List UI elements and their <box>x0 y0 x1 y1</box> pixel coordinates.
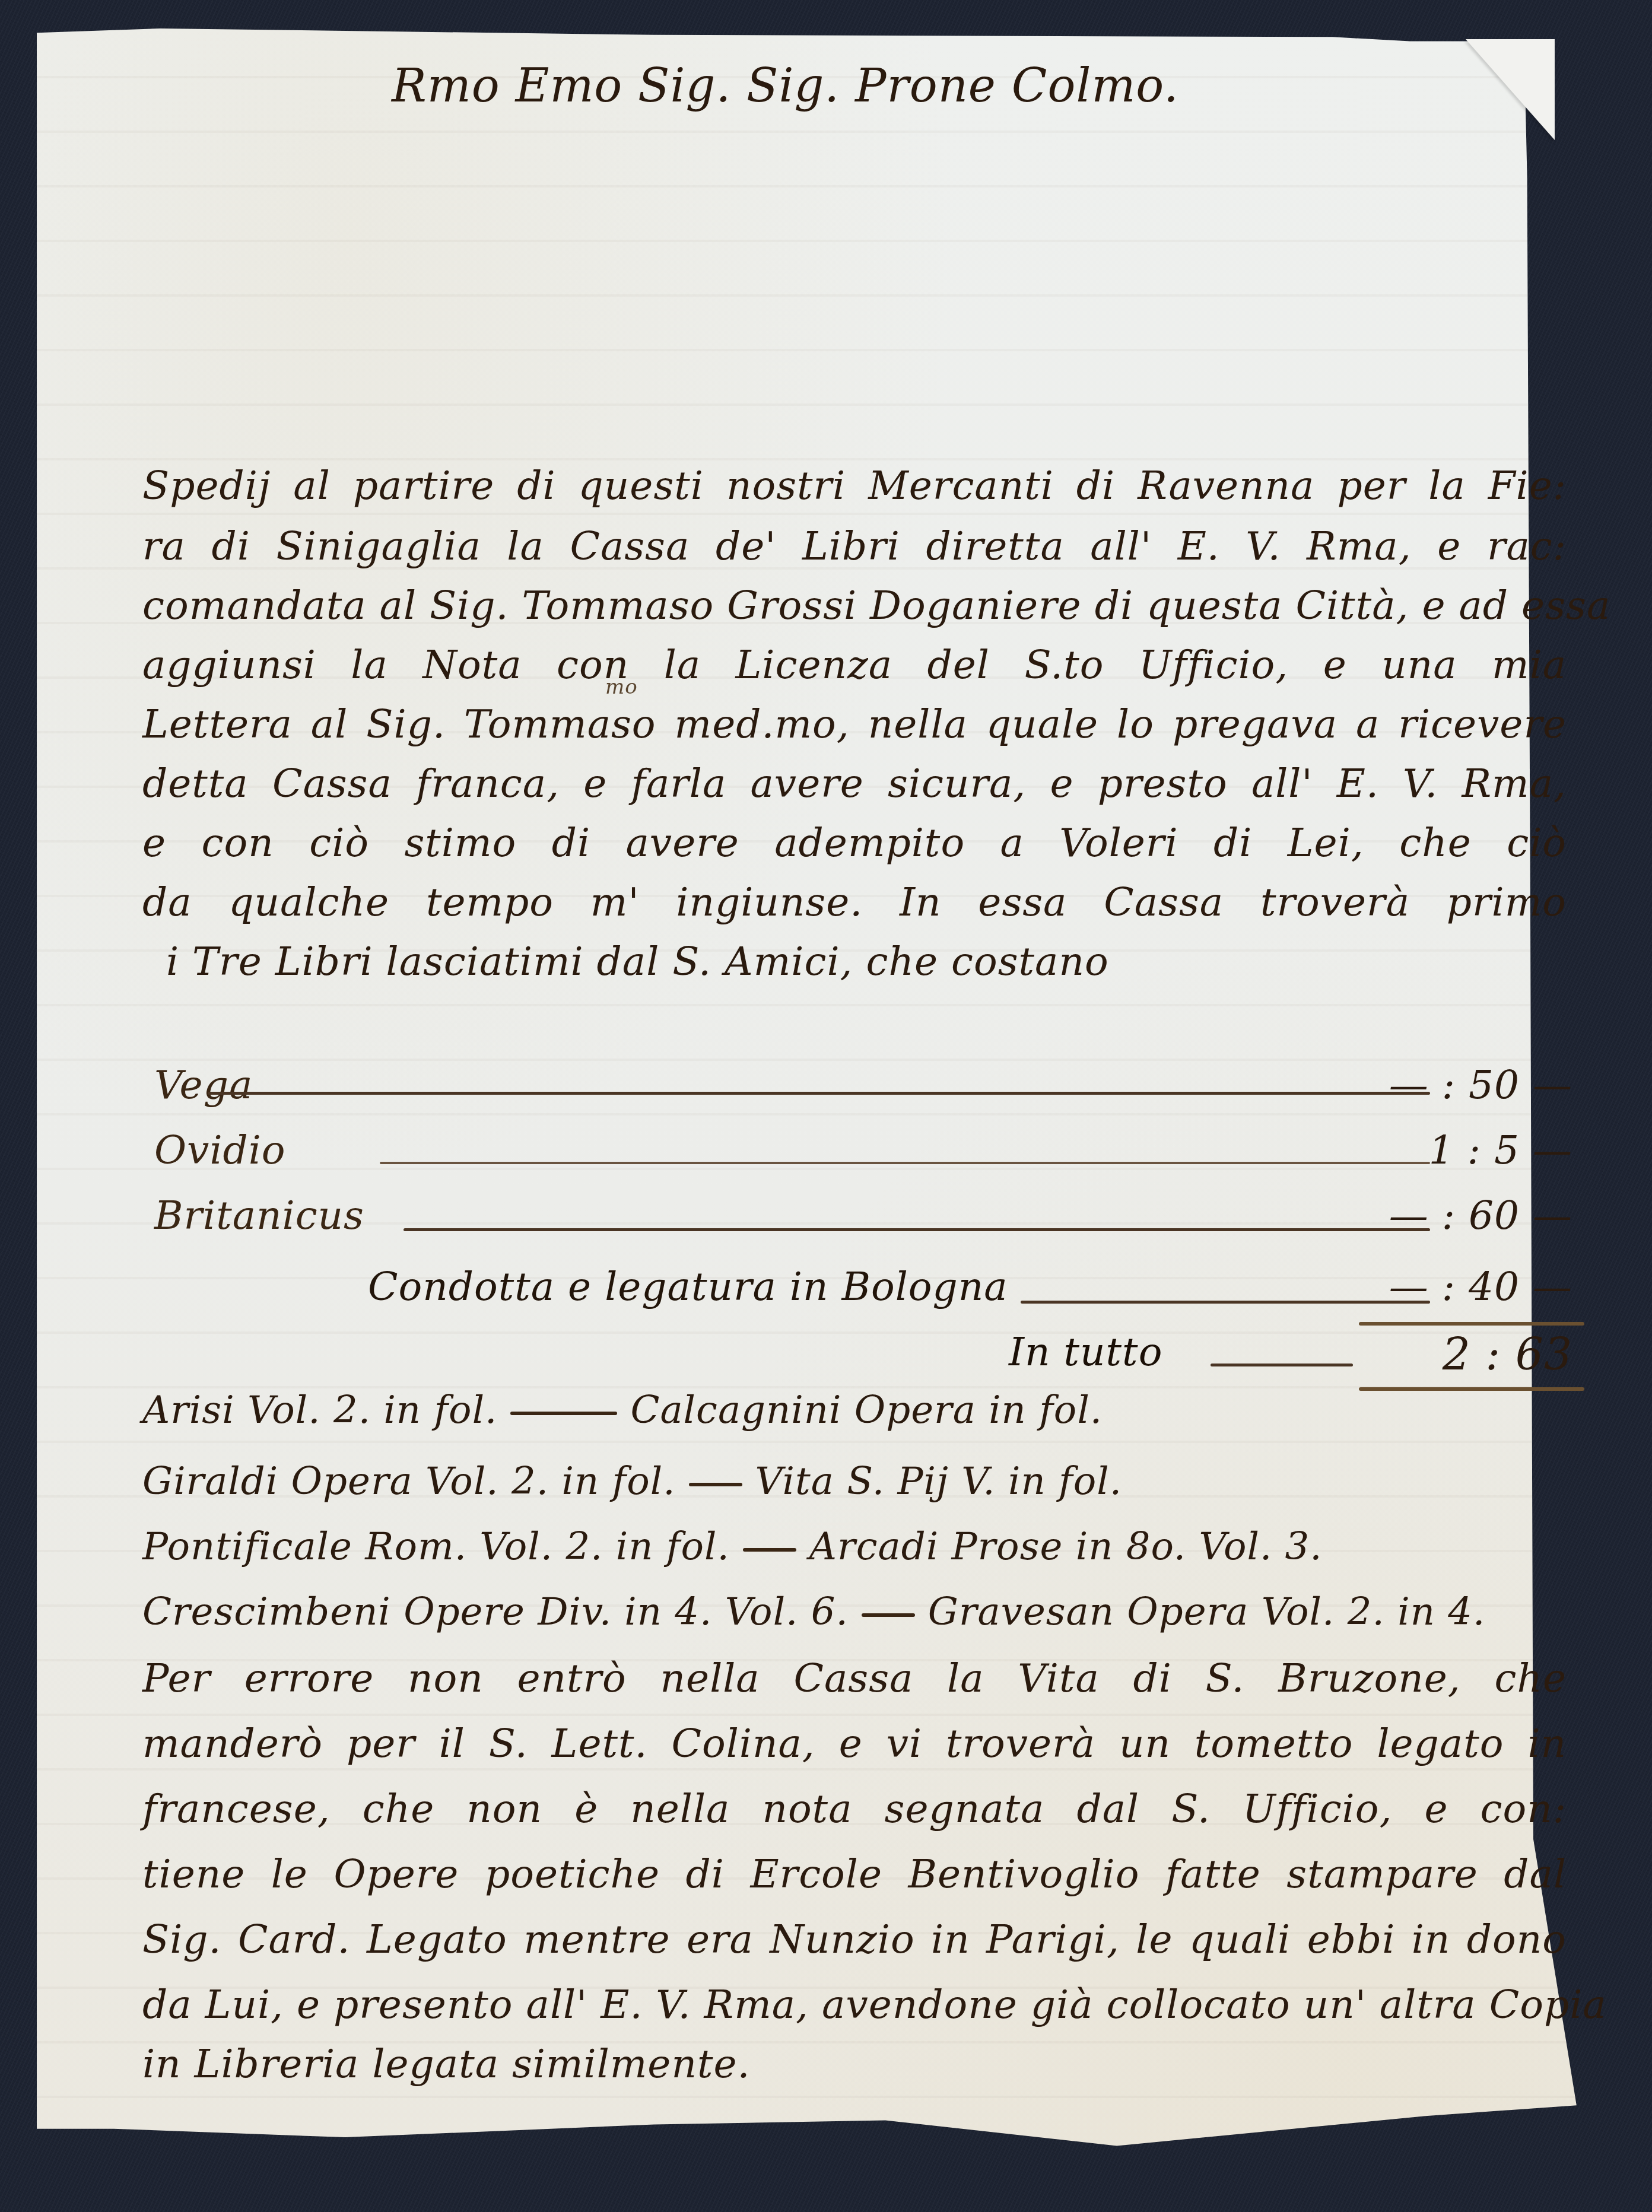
body-line-9: i Tre Libri lasciatimi dal S. Amici, che… <box>166 939 1109 984</box>
closing-line-5: Sig. Card. Legato mentre era Nunzio in P… <box>142 1917 1567 1962</box>
price-amount: — : 50 — <box>1389 1062 1572 1108</box>
body-line-7: e con ciò stimo di avere adempito a Vole… <box>142 820 1567 866</box>
total-row: In tutto 2 : 63 <box>1009 1329 1584 1383</box>
dash-separator <box>689 1483 742 1486</box>
closing-line-2: manderò per il S. Lett. Colina, e vi tro… <box>142 1721 1567 1766</box>
body-line-4: aggiunsi la Nota con la Licenza del S.to… <box>142 642 1567 688</box>
price-label: Vega <box>154 1062 253 1108</box>
catalog-right: Arcadi Prose in 8o. Vol. 3. <box>809 1525 1323 1569</box>
catalog-left: Giraldi Opera Vol. 2. in fol. <box>142 1460 676 1504</box>
price-label: Condotta e legatura in Bologna <box>368 1264 1008 1310</box>
salutation: Rmo Emo Sig. Sig. Prone Colmo. <box>392 59 1179 113</box>
sum-rule <box>1359 1322 1584 1326</box>
leader-rule <box>1211 1364 1353 1366</box>
dash-separator <box>862 1613 915 1617</box>
catalog-row-4: Crescimbeni Opere Div. in 4. Vol. 6.Grav… <box>142 1590 1485 1634</box>
price-amount: 1 : 5 — <box>1429 1127 1572 1173</box>
closing-line-3: francese, che non è nella nota segnata d… <box>142 1786 1567 1832</box>
total-underline <box>1359 1387 1584 1391</box>
catalog-left: Crescimbeni Opere Div. in 4. Vol. 6. <box>142 1590 849 1634</box>
price-row-1: Vega — : 50 — <box>154 1062 1584 1115</box>
closing-line-1: Per errore non entrò nella Cassa la Vita… <box>142 1655 1567 1701</box>
catalog-right: Gravesan Opera Vol. 2. in 4. <box>928 1590 1485 1634</box>
folded-corner <box>1466 39 1555 140</box>
body-line-1: Spedij al partire di questi nostri Merca… <box>142 463 1567 508</box>
closing-line-7: in Libreria legata similmente. <box>142 2041 750 2087</box>
body-line-6: detta Cassa franca, e farla avere sicura… <box>142 761 1567 806</box>
dash-separator <box>510 1412 617 1415</box>
catalog-row-1: Arisi Vol. 2. in fol.Calcagnini Opera in… <box>142 1388 1103 1432</box>
leader-rule <box>380 1162 1430 1164</box>
price-amount: — : 60 — <box>1389 1193 1572 1238</box>
price-row-4: Condotta e legatura in Bologna — : 40 — <box>368 1264 1584 1317</box>
leader-rule <box>208 1092 1430 1095</box>
price-row-2: Ovidio 1 : 5 — <box>154 1127 1584 1181</box>
closing-line-6: da Lui, e presento all' E. V. Rma, avend… <box>142 1982 1567 2027</box>
total-amount: 2 : 63 <box>1443 1329 1572 1380</box>
catalog-left: Pontificale Rom. Vol. 2. in fol. <box>142 1525 730 1569</box>
body-line-3: comandata al Sig. Tommaso Grossi Doganie… <box>142 583 1567 628</box>
body-line-2: ra di Sinigaglia la Cassa de' Libri dire… <box>142 523 1567 569</box>
catalog-right: Vita S. Pij V. in fol. <box>755 1460 1123 1504</box>
body-line-8: da qualche tempo m' ingiunse. In essa Ca… <box>142 879 1567 925</box>
price-amount: — : 40 — <box>1389 1264 1572 1310</box>
catalog-row-2: Giraldi Opera Vol. 2. in fol.Vita S. Pij… <box>142 1460 1122 1504</box>
leader-rule <box>404 1228 1430 1231</box>
interlinear-note: mo <box>605 675 638 699</box>
price-label: Ovidio <box>154 1127 286 1173</box>
body-line-5: Lettera al Sig. Tommaso med.mo, nella qu… <box>142 701 1567 747</box>
price-row-3: Britanicus — : 60 — <box>154 1193 1584 1246</box>
leader-rule <box>1021 1301 1430 1304</box>
dash-separator <box>743 1548 796 1552</box>
price-label: Britanicus <box>154 1193 364 1238</box>
total-label: In tutto <box>1009 1329 1162 1375</box>
closing-line-4: tiene le Opere poetiche di Ercole Bentiv… <box>142 1851 1567 1897</box>
catalog-right: Calcagnini Opera in fol. <box>630 1388 1103 1432</box>
catalog-row-3: Pontificale Rom. Vol. 2. in fol.Arcadi P… <box>142 1525 1323 1569</box>
catalog-left: Arisi Vol. 2. in fol. <box>142 1388 497 1432</box>
